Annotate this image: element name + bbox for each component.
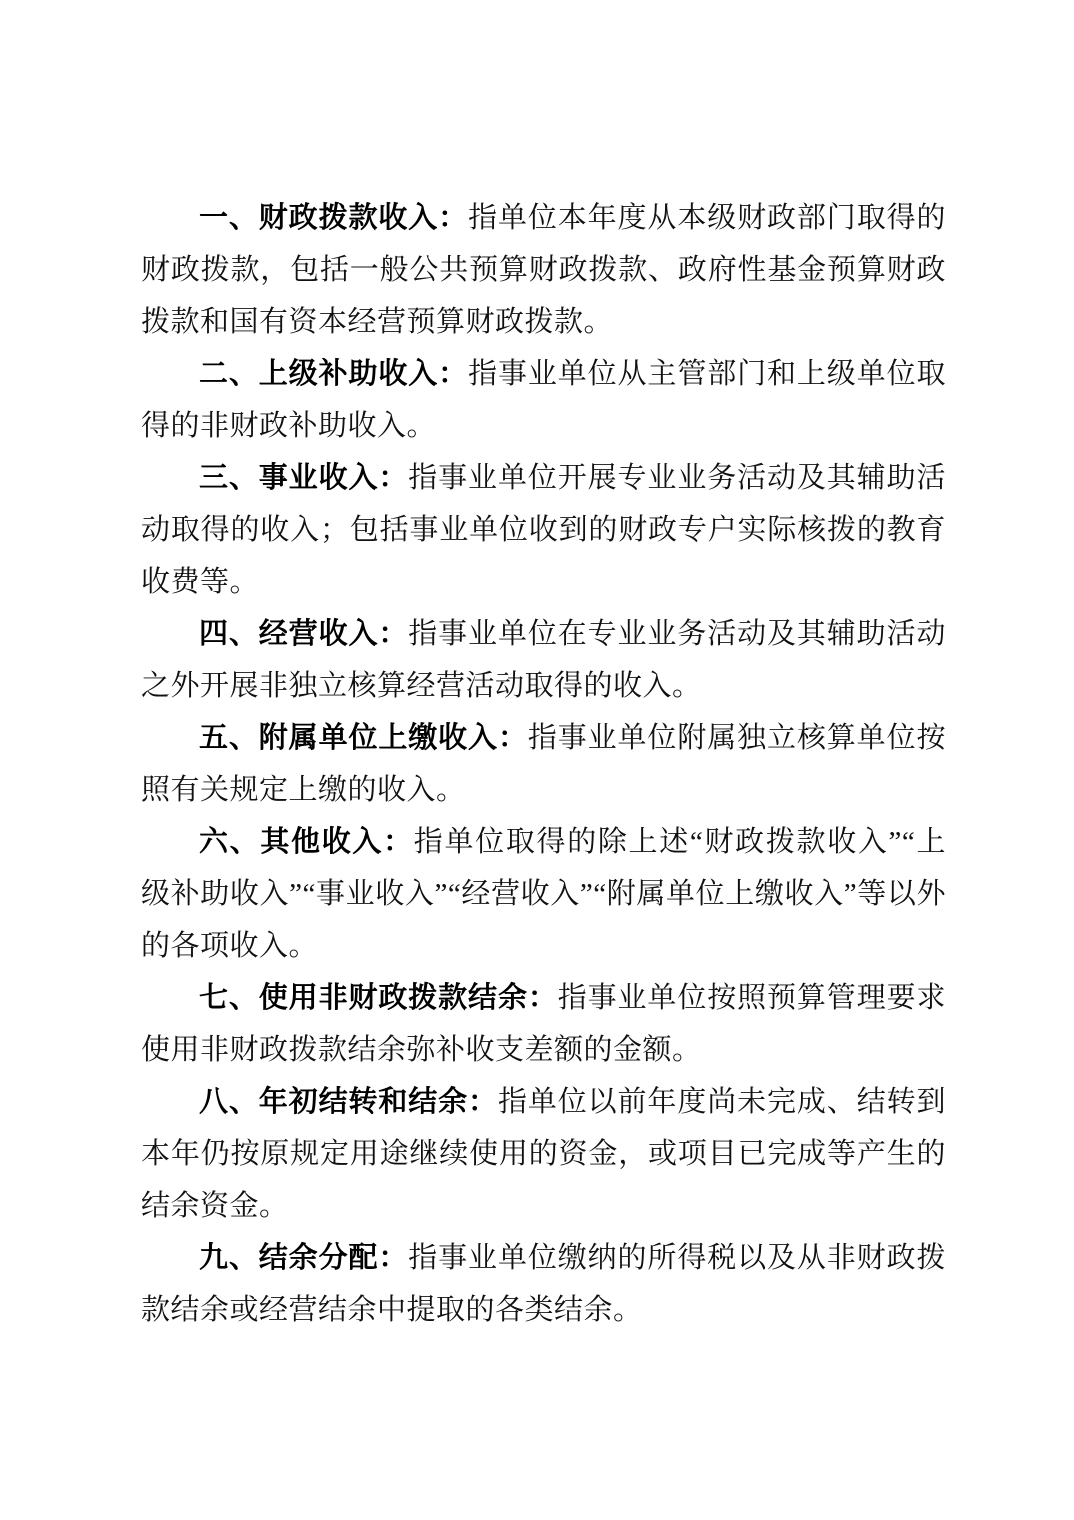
term-label: 六、其他收入： (199, 826, 414, 858)
paragraph-operating-service-income: 三、事业收入：指事业单位开展专业业务活动及其辅助活动取得的收入；包括事业单位收到… (141, 452, 946, 608)
term-label: 七、使用非财政拨款结余： (199, 982, 558, 1014)
paragraph-surplus-distribution: 九、结余分配：指事业单位缴纳的所得税以及从非财政拨款结余或经营结余中提取的各类结… (141, 1232, 946, 1336)
term-label: 五、附属单位上缴收入： (199, 722, 528, 754)
term-label: 三、事业收入： (199, 462, 408, 494)
term-label: 一、财政拨款收入： (199, 202, 468, 234)
paragraph-superior-subsidy-income: 二、上级补助收入：指事业单位从主管部门和上级单位取得的非财政补助收入。 (141, 348, 946, 452)
paragraph-business-income: 四、经营收入：指事业单位在专业业务活动及其辅助活动之外开展非独立核算经营活动取得… (141, 608, 946, 712)
term-label: 九、结余分配： (199, 1242, 408, 1274)
term-label: 八、年初结转和结余： (199, 1086, 498, 1118)
term-label: 四、经营收入： (199, 618, 408, 650)
document-page: 一、财政拨款收入：指单位本年度从本级财政部门取得的财政拨款，包括一般公共预算财政… (0, 0, 1074, 1520)
paragraph-non-fiscal-surplus-use: 七、使用非财政拨款结余：指事业单位按照预算管理要求使用非财政拨款结余弥补收支差额… (141, 972, 946, 1076)
term-label: 二、上级补助收入： (199, 358, 468, 390)
paragraph-beginning-year-carryover: 八、年初结转和结余：指单位以前年度尚未完成、结转到本年仍按原规定用途继续使用的资… (141, 1076, 946, 1232)
paragraph-affiliated-unit-income: 五、附属单位上缴收入：指事业单位附属独立核算单位按照有关规定上缴的收入。 (141, 712, 946, 816)
paragraph-fiscal-appropriation-income: 一、财政拨款收入：指单位本年度从本级财政部门取得的财政拨款，包括一般公共预算财政… (141, 192, 946, 348)
paragraph-other-income: 六、其他收入：指单位取得的除上述“财政拨款收入”“上级补助收入”“事业收入”“经… (141, 816, 946, 972)
